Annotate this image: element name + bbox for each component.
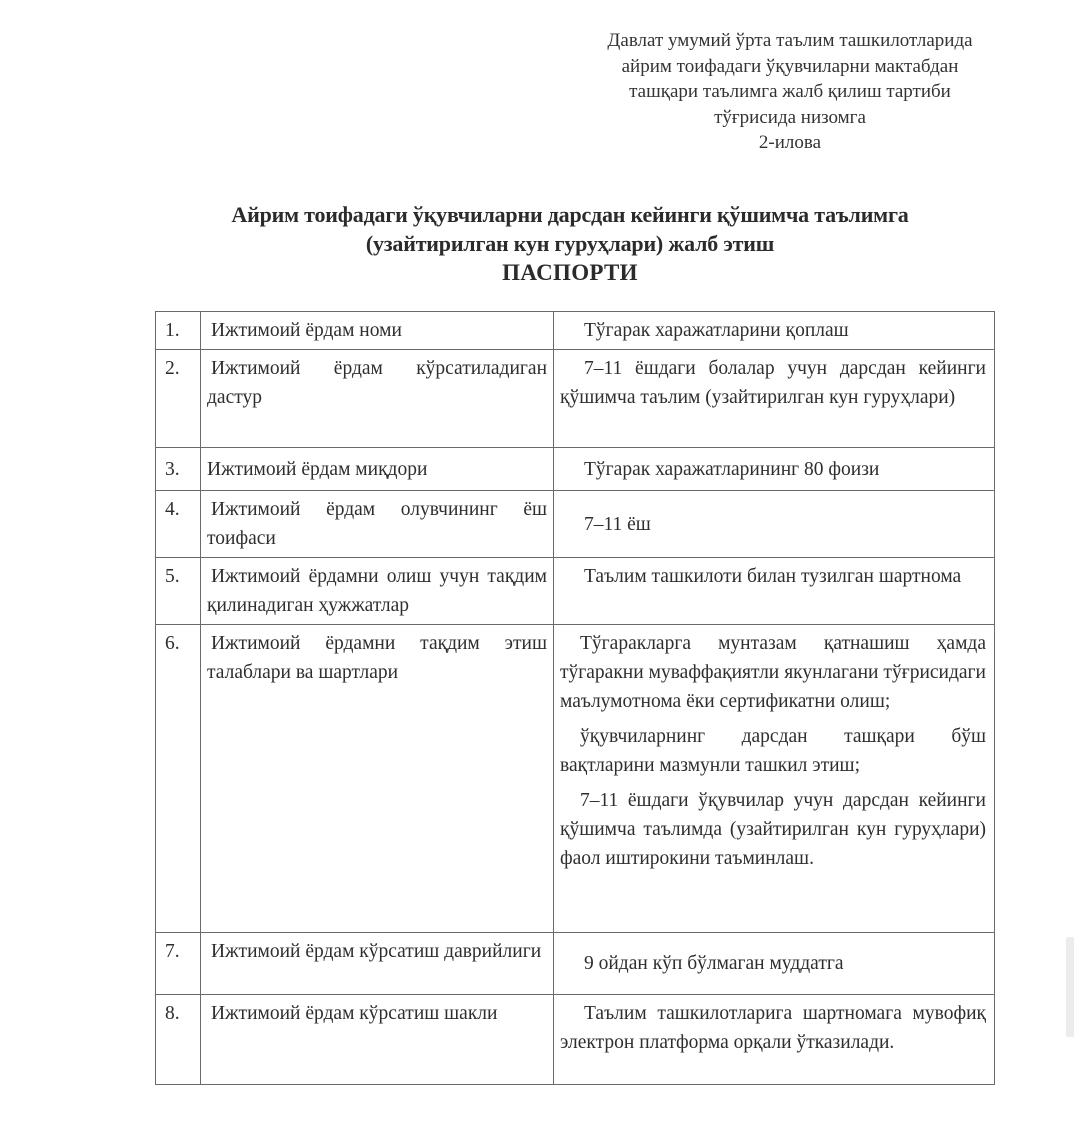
row-value-text: Таълим ташкилоти билан тузилган шартнома (560, 562, 986, 591)
row-number: 8. (156, 995, 201, 1085)
row-number: 3. (156, 448, 201, 491)
row-value: 7–11 ёш (554, 491, 995, 558)
row-value-text: Тўгарак харажатларини қоплаш (560, 316, 986, 345)
title-line-1: Айрим тоифадаги ўқувчиларни дарсдан кейи… (110, 200, 1030, 229)
passport-table: 1. Ижтимоий ёрдам номи Тўгарак харажатла… (155, 311, 995, 1085)
row-number: 6. (156, 625, 201, 933)
row-label: Ижтимоий ёрдам олувчининг ёш тоифаси (201, 491, 554, 558)
row-label: Ижтимоий ёрдам кўрсатиш даврийлиги (201, 933, 554, 995)
row-value-text: 7–11 ёш (560, 510, 986, 539)
table-row: 7. Ижтимоий ёрдам кўрсатиш даврийлиги 9 … (156, 933, 995, 995)
row-number: 1. (156, 312, 201, 350)
row-value-text: 9 ойдан кўп бўлмаган муддатга (560, 949, 986, 978)
table-row: 8. Ижтимоий ёрдам кўрсатиш шакли Таълим … (156, 995, 995, 1085)
title-passport: ПАСПОРТИ (110, 258, 1030, 287)
table-row: 4. Ижтимоий ёрдам олувчининг ёш тоифаси … (156, 491, 995, 558)
row-label: Ижтимоий ёрдам номи (201, 312, 554, 350)
annex-header-line: тўғрисида низомга (560, 105, 1020, 131)
table-row: 1. Ижтимоий ёрдам номи Тўгарак харажатла… (156, 312, 995, 350)
table-row: 3. Ижтимоий ёрдам миқдори Тўгарак хаража… (156, 448, 995, 491)
annex-header-line: айрим тоифадаги ўқувчиларни мактабдан (560, 54, 1020, 80)
row-value-paragraph: Тўгаракларга мунтазам қатнашиш ҳамда тўг… (560, 629, 986, 716)
row-number: 2. (156, 350, 201, 448)
annex-header-line: ташқари таълимга жалб қилиш тартиби (560, 79, 1020, 105)
row-value-paragraph: 7–11 ёшдаги ўқувчилар учун дарсдан кейин… (560, 786, 986, 873)
row-value-paragraph: ўқувчиларнинг дарсдан ташқари бўш вақтла… (560, 722, 986, 780)
row-number: 4. (156, 491, 201, 558)
row-value: 9 ойдан кўп бўлмаган муддатга (554, 933, 995, 995)
row-label: Ижтимоий ёрдам кўрсатиш шакли (201, 995, 554, 1085)
document-title: Айрим тоифадаги ўқувчиларни дарсдан кейи… (110, 200, 1030, 287)
row-label: Ижтимоий ёрдам кўрсатиладиган дастур (201, 350, 554, 448)
row-number: 7. (156, 933, 201, 995)
scrollbar-thumb[interactable] (1066, 937, 1074, 1037)
row-value: Тўгарак харажатларини қоплаш (554, 312, 995, 350)
row-number: 5. (156, 558, 201, 625)
row-label: Ижтимоий ёрдам миқдори (201, 448, 554, 491)
row-label: Ижтимоий ёрдамни олиш учун тақдим қилина… (201, 558, 554, 625)
table-row: 5. Ижтимоий ёрдамни олиш учун тақдим қил… (156, 558, 995, 625)
row-value: 7–11 ёшдаги болалар учун дарсдан кейинги… (554, 350, 995, 448)
row-value-text: 7–11 ёшдаги болалар учун дарсдан кейинги… (560, 354, 986, 412)
row-label: Ижтимоий ёрдамни тақдим этиш талаблари в… (201, 625, 554, 933)
table-row: 6. Ижтимоий ёрдамни тақдим этиш талаблар… (156, 625, 995, 933)
row-value-text: Тўгарак харажатларининг 80 фоизи (560, 455, 986, 484)
row-value: Тўгаракларга мунтазам қатнашиш ҳамда тўг… (554, 625, 995, 933)
row-value: Таълим ташкилотларига шартномага мувофиқ… (554, 995, 995, 1085)
row-value: Таълим ташкилоти билан тузилган шартнома (554, 558, 995, 625)
annex-header-line: Давлат умумий ўрта таълим ташкилотларида (560, 28, 1020, 54)
annex-header: Давлат умумий ўрта таълим ташкилотларида… (560, 28, 1020, 156)
title-line-2: (узайтирилган кун гуруҳлари) жалб этиш (110, 229, 1030, 258)
row-value: Тўгарак харажатларининг 80 фоизи (554, 448, 995, 491)
annex-number: 2-илова (560, 130, 1020, 156)
table-row: 2. Ижтимоий ёрдам кўрсатиладиган дастур … (156, 350, 995, 448)
row-value-text: Таълим ташкилотларига шартномага мувофиқ… (560, 999, 986, 1057)
